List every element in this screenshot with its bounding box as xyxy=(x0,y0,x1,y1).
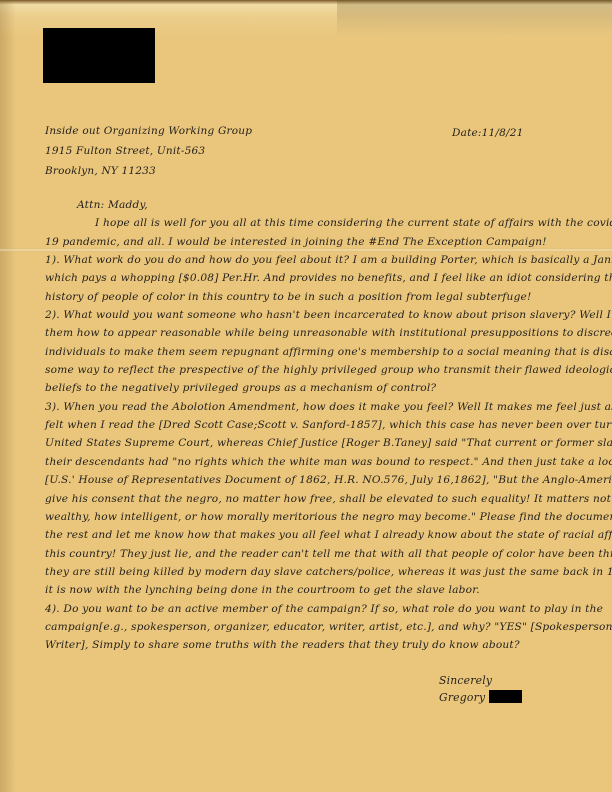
signature-block: Sincerely Gregory xyxy=(439,673,522,706)
organization-name: Inside out Organizing Working Group xyxy=(45,121,252,141)
redaction-box-sender xyxy=(43,28,155,83)
letter-line: which pays a whopping [$0.08] Per.Hr. An… xyxy=(45,269,612,287)
street-address: 1915 Fulton Street, Unit-563 xyxy=(45,141,252,161)
letter-line: 4). Do you want to be an active member o… xyxy=(45,600,612,618)
letter-line: their descendants had "no rights which t… xyxy=(45,453,612,471)
letter-line: [U.S.' House of Representatives Document… xyxy=(45,471,612,489)
letter-line: felt when I read the [Dred Scott Case;Sc… xyxy=(45,416,612,434)
scanned-letter-page: Inside out Organizing Working Group 1915… xyxy=(0,0,612,792)
sender-address-block: Inside out Organizing Working Group 1915… xyxy=(45,121,252,181)
letter-line: individuals to make them seem repugnant … xyxy=(45,343,612,361)
signature-name: Gregory xyxy=(439,691,485,704)
salutation: Attn: Maddy, xyxy=(77,196,612,214)
letter-lines: I hope all is well for you all at this t… xyxy=(45,214,612,654)
city-state-zip: Brooklyn, NY 11233 xyxy=(45,161,252,181)
letter-line: 19 pandemic, and all. I would be interes… xyxy=(45,233,612,251)
letter-line: Writer], Simply to share some truths wit… xyxy=(45,636,612,654)
letter-line: campaign[e.g., spokesperson, organizer, … xyxy=(45,618,612,636)
letter-date: Date:11/8/21 xyxy=(452,127,524,139)
scan-left-edge-shadow xyxy=(0,0,16,792)
letter-line: the rest and let me know how that makes … xyxy=(45,526,612,544)
letter-line: history of people of color in this count… xyxy=(45,288,612,306)
letter-line: this country! They just lie, and the rea… xyxy=(45,545,612,563)
signature-closing: Sincerely xyxy=(439,673,522,690)
letter-line: they are still being killed by modern da… xyxy=(45,563,612,581)
letter-line: 1). What work do you do and how do you f… xyxy=(45,251,612,269)
letter-line: 3). When you read the Abolotion Amendmen… xyxy=(45,398,612,416)
redaction-box-signature xyxy=(489,690,522,703)
letter-line: give his consent that the negro, no matt… xyxy=(45,490,612,508)
letter-line: 2). What would you want someone who hasn… xyxy=(45,306,612,324)
letter-body: Attn: Maddy, I hope all is well for you … xyxy=(45,196,612,655)
signature-name-row: Gregory xyxy=(439,690,522,707)
letter-line: it is now with the lynching being done i… xyxy=(45,581,612,599)
scan-top-right-shadow xyxy=(337,0,612,44)
letter-line: some way to reflect the prespective of t… xyxy=(45,361,612,379)
letter-line: United States Supreme Court, whereas Chi… xyxy=(45,434,612,452)
letter-line: beliefs to the negatively privileged gro… xyxy=(45,379,612,397)
letter-line: wealthy, how intelligent, or how morally… xyxy=(45,508,612,526)
letter-line: them how to appear reasonable while bein… xyxy=(45,324,612,342)
letter-line: I hope all is well for you all at this t… xyxy=(95,214,612,232)
